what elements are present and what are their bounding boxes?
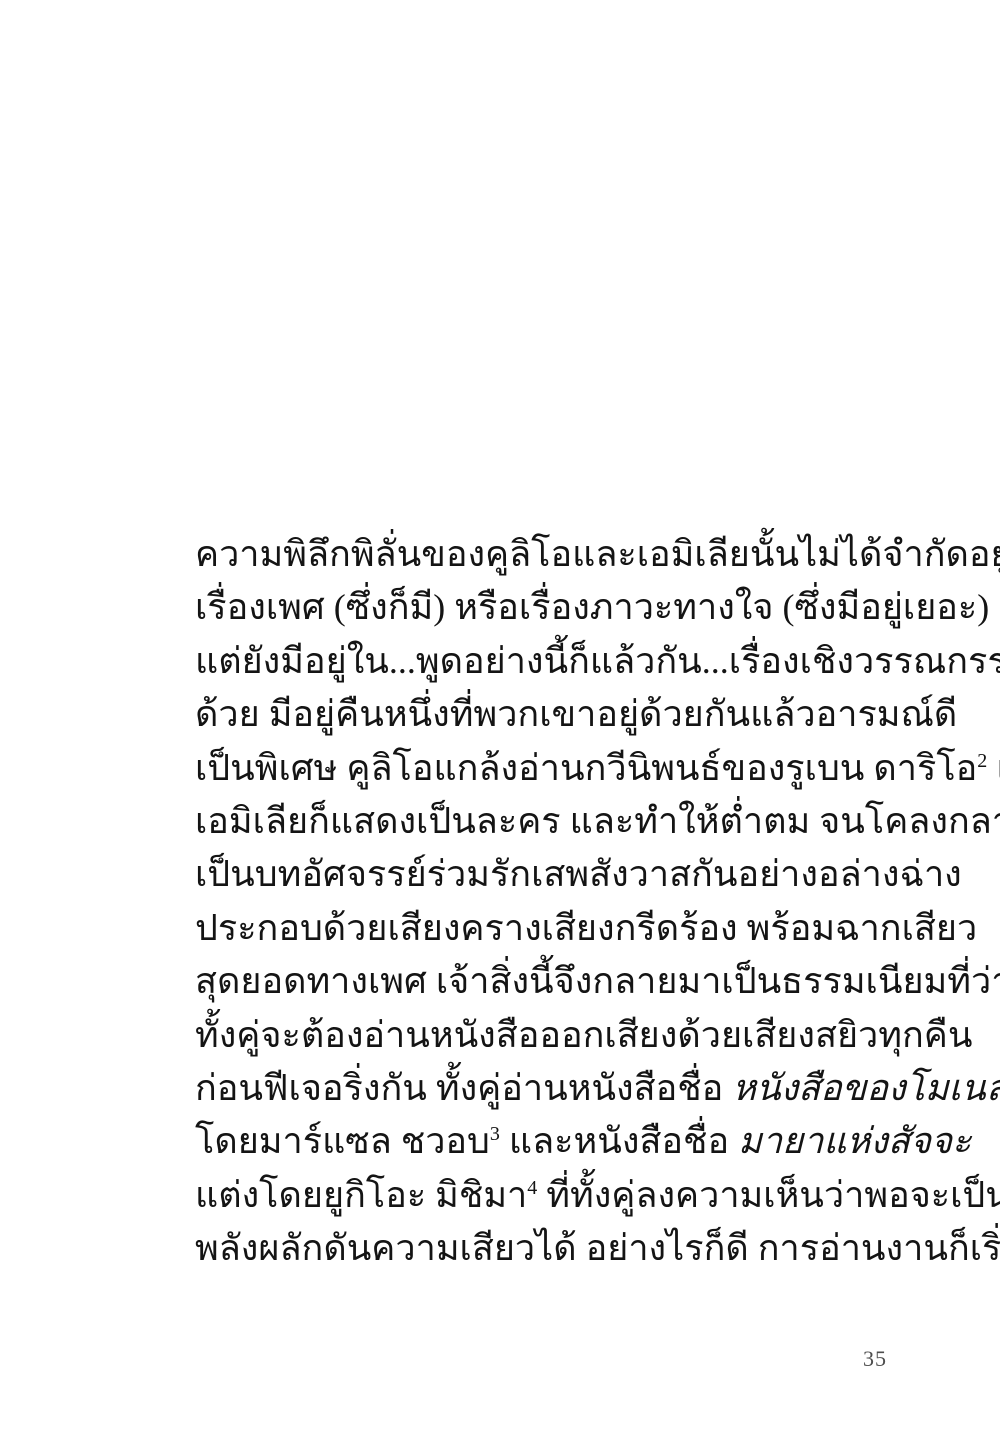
body-text: ความพิลึกพิลั่นของคูลิโอและเอมิเลียนั้นไ… xyxy=(195,528,887,1275)
text-line: เรื่องเพศ (ซึ่งก็มี) หรือเรื่องภาวะทางใจ… xyxy=(195,581,887,634)
text-segment: แล้ว xyxy=(987,748,1000,788)
text-line: แต่งโดยยูกิโอะ มิชิมา4 ที่ทั้งคู่ลงความเ… xyxy=(195,1169,887,1222)
text-segment: เรื่องเพศ (ซึ่งก็มี) หรือเรื่องภาวะทางใจ… xyxy=(195,587,989,627)
text-segment: พลังผลักดันความเสียวได้ อย่างไรก็ดี การอ… xyxy=(195,1228,1000,1268)
text-line: แต่ยังมีอยู่ใน...พูดอย่างนี้ก็แล้วกัน...… xyxy=(195,635,887,688)
text-line: ทั้งคู่จะต้องอ่านหนังสือออกเสียงด้วยเสีย… xyxy=(195,1009,887,1062)
text-line: ด้วย มีอยู่คืนหนึ่งที่พวกเขาอยู่ด้วยกันแ… xyxy=(195,688,887,741)
text-segment: โดยมาร์แซล ชวอบ xyxy=(195,1121,490,1161)
text-line: ความพิลึกพิลั่นของคูลิโอและเอมิเลียนั้นไ… xyxy=(195,528,887,581)
text-line: เป็นบทอัศจรรย์ร่วมรักเสพสังวาสกันอย่างอล… xyxy=(195,848,887,901)
footnote-ref: 2 xyxy=(977,750,987,772)
text-segment: และหนังสือชื่อ xyxy=(500,1121,738,1161)
page-number: 35 xyxy=(195,1346,887,1372)
text-line: ก่อนฟีเจอริ่งกัน ทั้งคู่อ่านหนังสือชื่อ … xyxy=(195,1062,887,1115)
text-segment: แต่งโดยยูกิโอะ มิชิมา xyxy=(195,1175,527,1215)
text-line: ประกอบด้วยเสียงครางเสียงกรีดร้อง พร้อมฉา… xyxy=(195,902,887,955)
text-segment: ก่อนฟีเจอริ่งกัน ทั้งคู่อ่านหนังสือชื่อ xyxy=(195,1068,732,1108)
text-segment: แต่ยังมีอยู่ใน...พูดอย่างนี้ก็แล้วกัน...… xyxy=(195,641,1000,681)
text-segment: หนังสือของโมเนล xyxy=(732,1068,1000,1108)
text-segment: เป็นพิเศษ คูลิโอแกล้งอ่านกวีนิพนธ์ของรูเ… xyxy=(195,748,977,788)
text-segment: มายาแห่งสัจจะ xyxy=(738,1121,971,1161)
text-line: พลังผลักดันความเสียวได้ อย่างไรก็ดี การอ… xyxy=(195,1222,887,1275)
text-segment: ความพิลึกพิลั่นของคูลิโอและเอมิเลียนั้นไ… xyxy=(195,534,1000,574)
text-segment: เอมิเลียก็แสดงเป็นละคร และทำให้ต่ำตม จนโ… xyxy=(195,801,1000,841)
text-line: โดยมาร์แซล ชวอบ3 และหนังสือชื่อ มายาแห่ง… xyxy=(195,1115,887,1168)
text-segment: ทั้งคู่จะต้องอ่านหนังสือออกเสียงด้วยเสีย… xyxy=(195,1015,972,1055)
text-segment: ที่ทั้งคู่ลงความเห็นว่าพอจะเป็น xyxy=(537,1175,1000,1215)
text-segment: ด้วย มีอยู่คืนหนึ่งที่พวกเขาอยู่ด้วยกันแ… xyxy=(195,694,957,734)
footnote-ref: 3 xyxy=(490,1123,500,1145)
footnote-ref: 4 xyxy=(527,1177,537,1199)
book-page: ความพิลึกพิลั่นของคูลิโอและเอมิเลียนั้นไ… xyxy=(0,0,1000,1440)
text-segment: เป็นบทอัศจรรย์ร่วมรักเสพสังวาสกันอย่างอล… xyxy=(195,854,962,894)
text-segment: สุดยอดทางเพศ เจ้าสิ่งนี้จึงกลายมาเป็นธรร… xyxy=(195,961,1000,1001)
text-line: สุดยอดทางเพศ เจ้าสิ่งนี้จึงกลายมาเป็นธรร… xyxy=(195,955,887,1008)
text-segment: ประกอบด้วยเสียงครางเสียงกรีดร้อง พร้อมฉา… xyxy=(195,908,977,948)
text-line: เอมิเลียก็แสดงเป็นละคร และทำให้ต่ำตม จนโ… xyxy=(195,795,887,848)
text-line: เป็นพิเศษ คูลิโอแกล้งอ่านกวีนิพนธ์ของรูเ… xyxy=(195,742,887,795)
